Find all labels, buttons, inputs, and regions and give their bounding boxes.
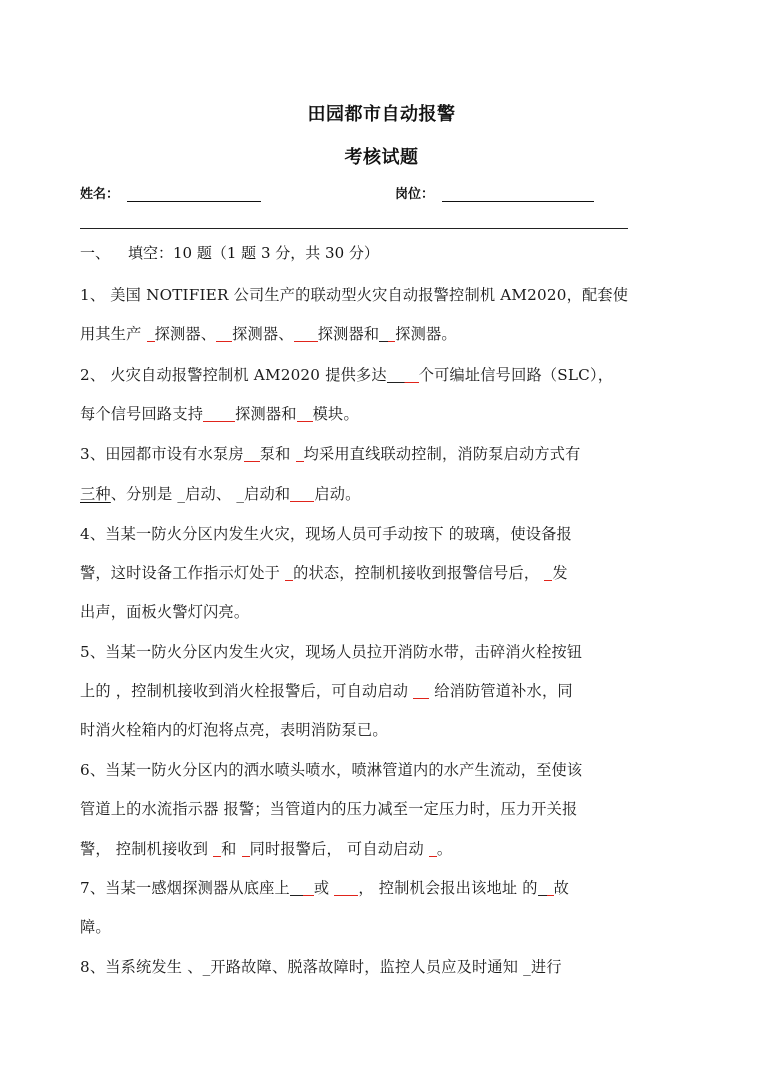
question-4-line-2: 警，这时设备工作指示灯处于 的状态，控制机接收到报警信号后， 发: [80, 562, 568, 583]
question-5-line-1: 5、当某一防火分区内发生火灾，现场人员拉开消防水带，击碎消火栓按钮: [80, 641, 582, 662]
question-3-line-2: 三种、分别是 _启动、 _启动和启动。: [80, 483, 360, 504]
section-heading: 一、填空：10 题（1 题 3 分，共 30 分）: [80, 242, 379, 263]
question-5-line-3: 时消火栓箱内的灯泡将点亮，表明消防泵已。: [80, 719, 388, 740]
answer-blank[interactable]: [290, 881, 314, 896]
question-8-line-1: 8、当系统发生 、_开路故障、脱落故障时，监控人员应及时通知 _进行: [80, 956, 562, 977]
section-title: 填空：10 题（1 题 3 分，共 30 分）: [128, 244, 379, 262]
question-4-line-3: 出声，面板火警灯闪亮。: [80, 601, 249, 622]
question-7-line-1: 7、当某一感烟探测器从底座上或 ， 控制机会报出该地址 的故: [80, 877, 569, 898]
question-6-line-1: 6、当某一防火分区内的洒水喷头喷水，喷淋管道内的水产生流动，至使该: [80, 759, 582, 780]
answer-blank[interactable]: [334, 880, 358, 896]
answer-blank[interactable]: [242, 841, 250, 857]
question-3-line-1: 3、田园都市设有水泵房泵和 均采用直线联动控制，消防泵启动方式有: [80, 443, 581, 464]
post-field-row: 岗位：: [395, 183, 594, 202]
document-subtitle: 考核试题: [0, 143, 763, 169]
answer-blank[interactable]: [147, 326, 155, 342]
question-2-line-2: 每个信号回路支持探测器和模块。: [80, 403, 359, 424]
answer-blank[interactable]: [379, 327, 395, 342]
post-label: 岗位：: [395, 183, 434, 202]
answer-blank[interactable]: [294, 326, 318, 342]
name-input-line[interactable]: [127, 185, 261, 202]
post-input-line[interactable]: [442, 185, 594, 202]
answer-blank[interactable]: [244, 446, 260, 462]
question-5-line-2: 上的 ，控制机接收到消火栓报警后，可自动启动 给消防管道补水，同: [80, 680, 573, 701]
answer-blank[interactable]: [203, 406, 235, 422]
question-2-line-1: 2、 火灾自动报警控制机 AM2020 提供多达个可编址信号回路（SLC），: [80, 364, 613, 385]
question-7-line-2: 障。: [80, 916, 111, 937]
answer-blank[interactable]: [216, 326, 232, 342]
exam-page: 田园都市自动报警 考核试题 姓名： 岗位： 一、填空：10 题（1 题 3 分，…: [0, 0, 763, 1080]
question-1-line-1: 1、 美国 NOTIFIER 公司生产的联动型火灾自动报警控制机 AM2020，…: [80, 284, 628, 305]
answer-blank[interactable]: [213, 841, 221, 857]
header-divider: [80, 228, 628, 229]
section-number: 一、: [80, 244, 110, 262]
name-label: 姓名：: [80, 183, 119, 202]
answer-blank[interactable]: [387, 368, 419, 383]
name-field-row: 姓名：: [80, 183, 261, 202]
answer-blank[interactable]: [297, 406, 313, 422]
question-6-line-3: 警， 控制机接收到 和 同时报警后， 可自动启动 。: [80, 838, 452, 859]
answer-blank[interactable]: [429, 841, 437, 857]
document-title: 田园都市自动报警: [0, 100, 763, 126]
question-4-line-1: 4、当某一防火分区内发生火灾，现场人员可手动按下 的玻璃，使设备报: [80, 523, 572, 544]
answer-blank[interactable]: [285, 565, 293, 581]
question-6-line-2: 管道上的水流指示器 报警；当管道内的压力减至一定压力时，压力开关报: [80, 798, 577, 819]
question-1-line-2: 用其生产 探测器、探测器、探测器和探测器。: [80, 323, 457, 344]
answer-blank[interactable]: [538, 881, 554, 896]
answer-blank[interactable]: [413, 683, 429, 699]
answer-blank[interactable]: [290, 486, 314, 502]
answer-blank[interactable]: [296, 446, 304, 462]
